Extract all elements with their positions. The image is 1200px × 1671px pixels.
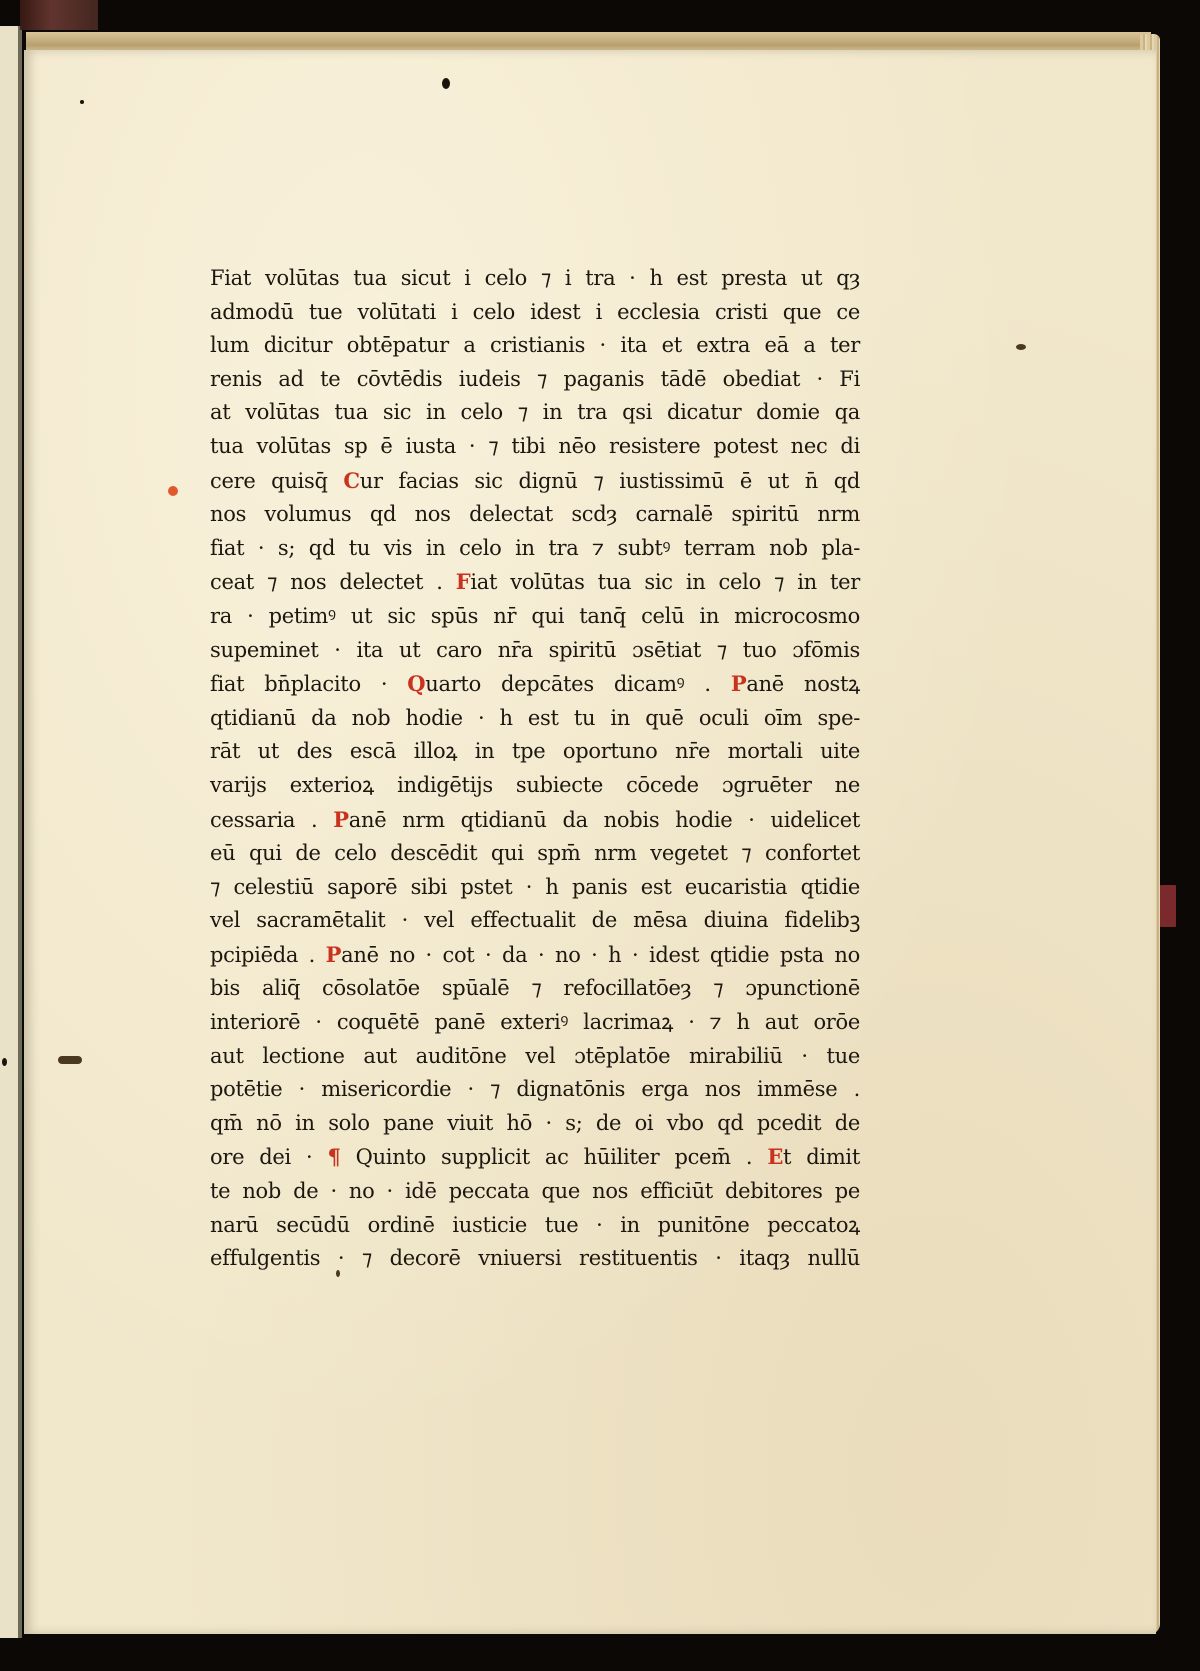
text-line: lum dicitur obtēpatur a cristianis · ita… <box>210 329 860 363</box>
text-line: nos volumus qd nos delectat scdȝ carnalē… <box>210 498 860 532</box>
text-line: narū secūdū ordinē iusticie tue · in pun… <box>210 1209 860 1243</box>
text-line: cessaria . Panē nrm qtidianū da nobis ho… <box>210 803 860 838</box>
text-segment: admodū tue volūtati i celo idest i eccle… <box>210 300 860 324</box>
text-segment: at volūtas tua sic in celo ⁊ in tra qsi … <box>210 400 860 424</box>
rubricated-initial: P <box>731 671 747 696</box>
top-binding-strip <box>20 0 98 30</box>
text-line: Fiat volūtas tua sicut i celo ⁊ i tra · … <box>210 262 860 296</box>
text-segment: pcipiēda . <box>210 943 326 967</box>
text-line: aut lectione aut auditōne vel ɔtēplatōe … <box>210 1040 860 1074</box>
text-segment: aut lectione aut auditōne vel ɔtēplatōe … <box>210 1044 860 1068</box>
text-segment: te nob de · no · idē peccata que nos eff… <box>210 1179 860 1203</box>
text-segment: qm̄ nō in solo pane viuit hō · s; de oi … <box>210 1111 860 1135</box>
text-segment: interiorē · coquētē panē exteriꝰ lacrima… <box>210 1010 860 1034</box>
text-segment: Fiat volūtas tua sicut i celo ⁊ i tra · … <box>210 266 860 290</box>
text-line: ore dei · ¶ Quinto supplicit ac hūiliter… <box>210 1140 860 1175</box>
text-segment: potētie · misericordie · ⁊ dignatōnis er… <box>210 1077 860 1101</box>
text-line: fiat bn̄placito · Quarto depcātes dicamꝰ… <box>210 667 860 702</box>
text-line: te nob de · no · idē peccata que nos eff… <box>210 1175 860 1209</box>
text-segment: vel sacramētalit · vel effectualit de mē… <box>210 908 860 932</box>
text-line: at volūtas tua sic in celo ⁊ in tra qsi … <box>210 396 860 430</box>
text-segment: anē nrm qtidianū da nobis hodie · uideli… <box>349 808 860 832</box>
text-segment: qtidianū da nob hodie · h est tu in quē … <box>210 706 860 730</box>
text-line: pcipiēda . Panē no · cot · da · no · h ·… <box>210 938 860 973</box>
text-line: tua volūtas sp ē iusta · ⁊ tibi nēo resi… <box>210 430 860 464</box>
text-line: eū qui de celo descēdit qui spm̄ nrm veg… <box>210 837 860 871</box>
text-segment: ore dei · <box>210 1145 328 1169</box>
text-block: Fiat volūtas tua sicut i celo ⁊ i tra · … <box>210 262 860 1276</box>
text-segment: eū qui de celo descēdit qui spm̄ nrm veg… <box>210 841 860 865</box>
text-line: potētie · misericordie · ⁊ dignatōnis er… <box>210 1073 860 1107</box>
text-line: qtidianū da nob hodie · h est tu in quē … <box>210 702 860 736</box>
text-segment: varijs exterioꝝ indigētijs subiecte cōce… <box>210 773 860 797</box>
text-segment: rāt ut des escā illoꝝ in tpe oportuno nr… <box>210 739 860 763</box>
ink-spot <box>2 1058 7 1066</box>
text-segment: narū secūdū ordinē iusticie tue · in pun… <box>210 1213 860 1237</box>
text-segment: Quinto supplicit ac hūiliter pcem̄ . <box>341 1145 768 1169</box>
text-line: admodū tue volūtati i celo idest i eccle… <box>210 296 860 330</box>
text-line: effulgentis · ⁊ decorē vniuersi restitue… <box>210 1242 860 1276</box>
text-segment: cere quisq̄ <box>210 469 343 493</box>
text-line: ceat ⁊ nos delectet . Fiat volūtas tua s… <box>210 565 860 600</box>
text-line: ⁊ celestiū saporē sibi pstet · h panis e… <box>210 871 860 905</box>
text-segment: t dimit <box>783 1145 860 1169</box>
text-segment: fiat · s; qd tu vis in celo in tra ⁊ sub… <box>210 536 860 560</box>
text-segment: ceat ⁊ nos delectet . <box>210 570 456 594</box>
left-page-edge <box>0 26 22 1638</box>
rubricated-initial: P <box>333 807 349 832</box>
ink-spot <box>80 100 84 104</box>
text-segment: uarto depcātes dicamꝰ . <box>425 672 731 696</box>
text-segment: fiat bn̄placito · <box>210 672 407 696</box>
text-segment: lum dicitur obtēpatur a cristianis · ita… <box>210 333 860 357</box>
text-line: cere quisq̄ Cur facias sic dignū ⁊ iusti… <box>210 464 860 499</box>
ink-smudge <box>58 1056 82 1064</box>
text-line: rāt ut des escā illoꝝ in tpe oportuno nr… <box>210 735 860 769</box>
rubricated-initial: ¶ <box>328 1144 341 1169</box>
text-segment: tua volūtas sp ē iusta · ⁊ tibi nēo resi… <box>210 434 860 458</box>
text-line: interiorē · coquētē panē exteriꝰ lacrima… <box>210 1006 860 1040</box>
rubricated-initial: E <box>767 1144 783 1169</box>
text-line: renis ad te cōvtēdis iudeis ⁊ paganis tā… <box>210 363 860 397</box>
text-line: bis aliq̄ cōsolatōe spūalē ⁊ refocillatō… <box>210 972 860 1006</box>
rubricated-initial: Q <box>407 671 425 696</box>
red-spot <box>168 486 178 496</box>
text-line: vel sacramētalit · vel effectualit de mē… <box>210 904 860 938</box>
text-segment: bis aliq̄ cōsolatōe spūalē ⁊ refocillatō… <box>210 976 860 1000</box>
text-segment: supeminet · ita ut caro nr̄a spiritū ɔsē… <box>210 638 860 662</box>
text-line: varijs exterioꝝ indigētijs subiecte cōce… <box>210 769 860 803</box>
text-line: supeminet · ita ut caro nr̄a spiritū ɔsē… <box>210 634 860 668</box>
ink-spot <box>1016 344 1026 350</box>
bookmark-tab[interactable] <box>1160 885 1176 927</box>
rubricated-initial: C <box>343 468 359 493</box>
ink-spot <box>442 78 450 89</box>
text-line: ra · petimꝰ ut sic spūs nr̄ qui tanq̄ ce… <box>210 600 860 634</box>
text-segment: cessaria . <box>210 808 333 832</box>
text-line: qm̄ nō in solo pane viuit hō · s; de oi … <box>210 1107 860 1141</box>
text-segment: ur facias sic dignū ⁊ iustissimū ē ut n̄… <box>360 469 860 493</box>
text-segment: effulgentis · ⁊ decorē vniuersi restitue… <box>210 1246 860 1270</box>
text-segment: nos volumus qd nos delectat scdȝ carnalē… <box>210 502 860 526</box>
text-line: fiat · s; qd tu vis in celo in tra ⁊ sub… <box>210 532 860 566</box>
text-segment: anē no · cot · da · no · h · idest qtidi… <box>341 943 860 967</box>
rubricated-initial: P <box>326 942 342 967</box>
text-segment: anē nostꝝ <box>746 672 860 696</box>
rubricated-initial: F <box>456 569 471 594</box>
text-segment: ra · petimꝰ ut sic spūs nr̄ qui tanq̄ ce… <box>210 604 860 628</box>
text-segment: ⁊ celestiū saporē sibi pstet · h panis e… <box>210 875 860 899</box>
text-segment: renis ad te cōvtēdis iudeis ⁊ paganis tā… <box>210 367 860 391</box>
text-segment: iat volūtas tua sic in celo ⁊ in ter <box>470 570 860 594</box>
